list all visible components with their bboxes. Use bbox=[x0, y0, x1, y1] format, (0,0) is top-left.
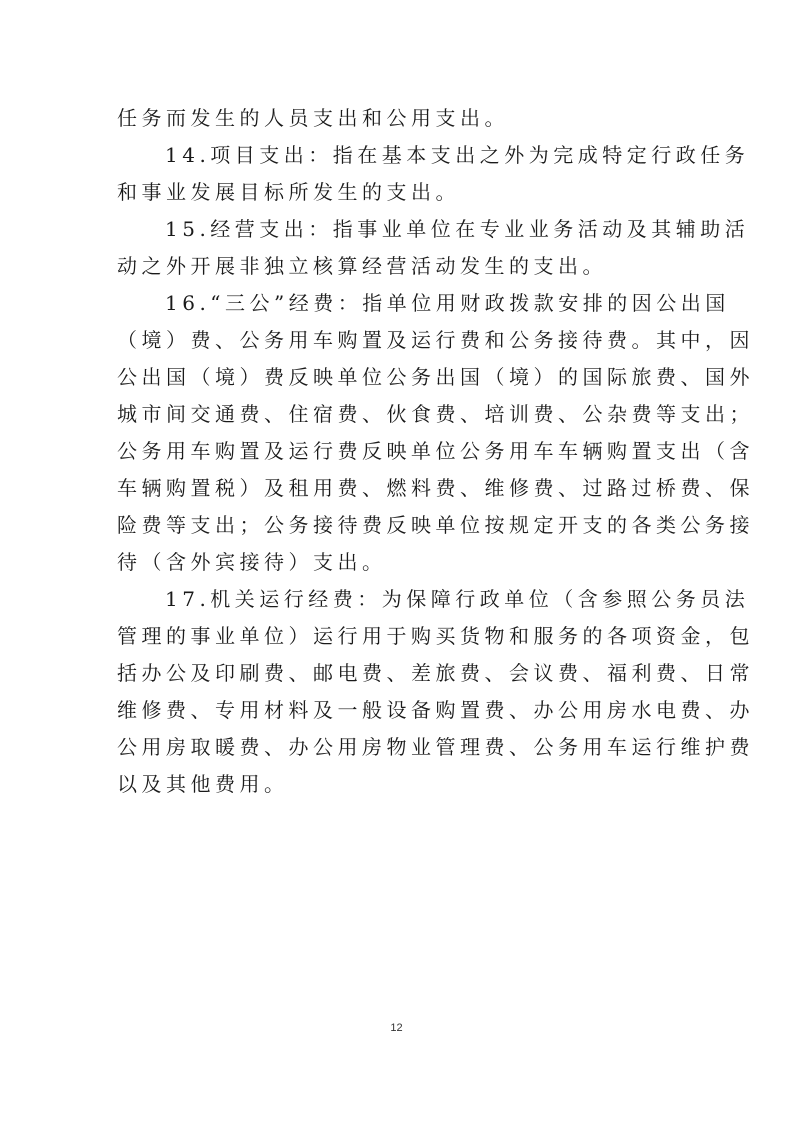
text-line: 城市间交通费、住宿费、伙食费、培训费、公杂费等支出； bbox=[117, 396, 661, 433]
text-line: 动之外开展非独立核算经营活动发生的支出。 bbox=[117, 248, 661, 285]
text-line: 公出国（境）费反映单位公务出国（境）的国际旅费、国外 bbox=[117, 359, 661, 396]
text-line: 维修费、专用材料及一般设备购置费、办公用房水电费、办 bbox=[117, 692, 661, 729]
text-line: 括办公及印刷费、邮电费、差旅费、会议费、福利费、日常 bbox=[117, 655, 661, 692]
text-line: 管理的事业单位）运行用于购买货物和服务的各项资金，包 bbox=[117, 618, 661, 655]
text-line: 险费等支出；公务接待费反映单位按规定开支的各类公务接 bbox=[117, 507, 661, 544]
text-line: （境）费、公务用车购置及运行费和公务接待费。其中，因 bbox=[117, 322, 661, 359]
document-body: 任务而发生的人员支出和公用支出。 14.项目支出：指在基本支出之外为完成特定行政… bbox=[117, 100, 661, 803]
text-line: 公务用车购置及运行费反映单位公务用车车辆购置支出（含 bbox=[117, 433, 661, 470]
text-line: 待（含外宾接待）支出。 bbox=[117, 544, 661, 581]
document-page: 任务而发生的人员支出和公用支出。 14.项目支出：指在基本支出之外为完成特定行政… bbox=[0, 0, 793, 1122]
item-14-heading-line: 14.项目支出：指在基本支出之外为完成特定行政任务 bbox=[117, 137, 661, 174]
text-line: 任务而发生的人员支出和公用支出。 bbox=[117, 100, 661, 137]
item-16-heading-line: 16.“三公”经费：指单位用财政拨款安排的因公出国 bbox=[117, 285, 661, 322]
text-line: 车辆购置税）及租用费、燃料费、维修费、过路过桥费、保 bbox=[117, 470, 661, 507]
text-line: 以及其他费用。 bbox=[117, 766, 661, 803]
text-line: 公用房取暖费、办公用房物业管理费、公务用车运行维护费 bbox=[117, 729, 661, 766]
text-line: 和事业发展目标所发生的支出。 bbox=[117, 174, 661, 211]
page-number: 12 bbox=[0, 1022, 793, 1034]
item-15-heading-line: 15.经营支出：指事业单位在专业业务活动及其辅助活 bbox=[117, 211, 661, 248]
item-17-heading-line: 17.机关运行经费：为保障行政单位（含参照公务员法 bbox=[117, 581, 661, 618]
